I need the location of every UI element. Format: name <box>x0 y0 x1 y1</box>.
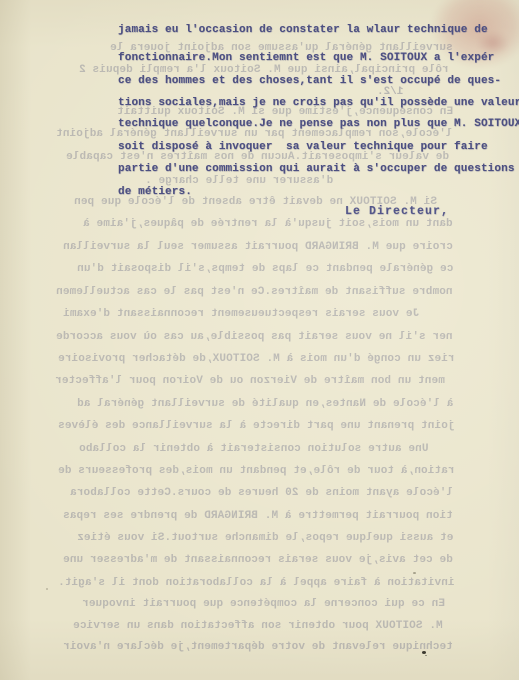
paper-speck <box>46 588 48 590</box>
verso-line: ration,à tour de rôle,et pendant un mois… <box>58 465 455 478</box>
verso-line: invitation à faire appel à la collaborat… <box>58 577 455 590</box>
verso-line: à l'école de Nantes,en qualité de survei… <box>77 398 453 411</box>
recto-line: partie d'une commission qui aurait à s'o… <box>118 163 515 176</box>
recto-line: fonctionnaire.Mon sentiemnt est que M. S… <box>118 52 494 65</box>
verso-line: dant un mois,soit jusqu'à la rentrée de … <box>83 218 453 231</box>
verso-line: croire que M. BRINGARD pourrait assumer … <box>63 241 453 254</box>
verso-line: l'école ayant moins de 20 heures de cour… <box>70 487 453 500</box>
verso-line: En ce qui concerne la compétence que pou… <box>82 598 445 611</box>
recto-line: jamais eu l'occasion de constater la wla… <box>118 24 488 37</box>
ink-speck <box>422 651 426 654</box>
verso-line: de cet avis,je vous serais reconnaissant… <box>63 554 453 567</box>
recto-line: de métiers. <box>118 186 192 199</box>
recto-line: technique quelconque.Je ne pense pas non… <box>118 118 519 131</box>
verso-line: ner s'il ne vous serait pas possible,au … <box>56 331 453 344</box>
verso-line: nombre suffisant de maîtres.Ce n'est pas… <box>56 286 453 299</box>
signature-line: Le Directeur, <box>345 205 449 218</box>
paper-speck <box>413 572 416 574</box>
recto-line: tions sociales,mais je ne crois pas qu'i… <box>118 97 519 110</box>
recto-line: soit disposé à invoquer sa valeur techni… <box>118 141 488 154</box>
recto-line: ce des hommes et des choses,tant il s'es… <box>118 75 501 88</box>
verso-line: joint prenant une part directe à la surv… <box>58 420 455 433</box>
verso-line: technique relevant de votre département,… <box>63 641 453 654</box>
verso-line: tion pourrait permettre à M. BRINGARD de… <box>63 510 453 523</box>
verso-line: Une autre solution consisterait à obteni… <box>79 443 429 456</box>
verso-line: Je vous serais respectueusement reconnai… <box>63 308 419 321</box>
verso-line: M. SOITOUX pour obtenir son affectation … <box>73 620 443 633</box>
verso-line: et aussi quelque repos,le dimanche surto… <box>77 532 453 545</box>
letter-page: surveillant général qu'assume son adjoin… <box>0 0 519 680</box>
verso-line: ment un bon maître de Vierzon ou de Voir… <box>55 375 445 388</box>
verso-line: ce générale pendant ce laps de temps,s'i… <box>77 263 453 276</box>
verso-line: riez un congé d'un mois à M. SOITOUX,de … <box>58 353 455 366</box>
